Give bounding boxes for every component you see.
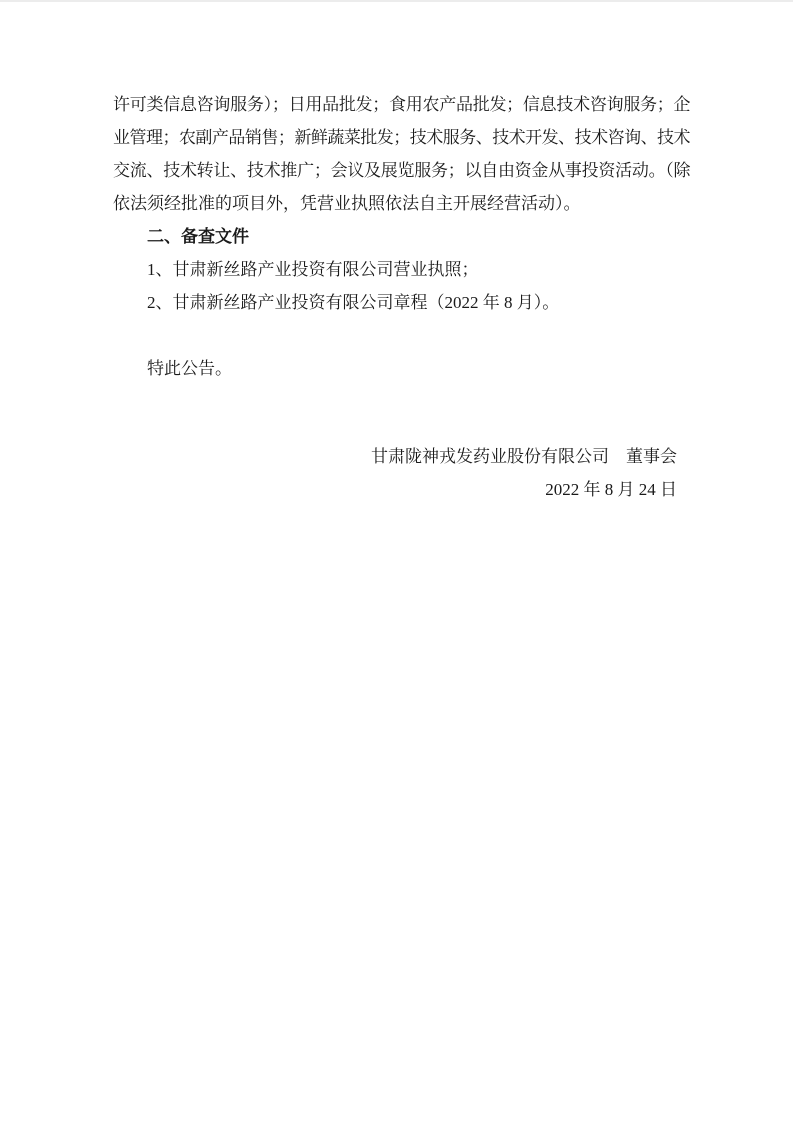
closing-statement: 特此公告。	[113, 352, 690, 385]
paragraph-line-1: 许可类信息咨询服务）；日用品批发；食用农产品批发；信息技术咨询服务；企	[113, 88, 690, 121]
paragraph-line-2: 业管理；农副产品销售；新鲜蔬菜批发；技术服务、技术开发、技术咨询、技术	[113, 121, 690, 154]
signature-block: 甘肃陇神戎发药业股份有限公司 董事会 2022 年 8 月 24 日	[113, 440, 690, 506]
paragraph-line-4: 依法须经批准的项目外，凭营业执照依法自主开展经营活动）。	[113, 187, 690, 220]
section-heading-reference-documents: 二、备查文件	[113, 220, 690, 253]
list-item-articles-of-association: 2、甘肃新丝路产业投资有限公司章程（2022 年 8 月）。	[113, 286, 690, 319]
list-item-business-license: 1、甘肃新丝路产业投资有限公司营业执照；	[113, 253, 690, 286]
document-page: 许可类信息咨询服务）；日用品批发；食用农产品批发；信息技术咨询服务；企 业管理；…	[0, 0, 793, 1122]
announcement-body: 许可类信息咨询服务）；日用品批发；食用农产品批发；信息技术咨询服务；企 业管理；…	[113, 88, 690, 506]
signature-date-line: 2022 年 8 月 24 日	[113, 473, 677, 506]
business-scope-paragraph: 许可类信息咨询服务）；日用品批发；食用农产品批发；信息技术咨询服务；企 业管理；…	[113, 88, 690, 220]
paragraph-line-3: 交流、技术转让、技术推广；会议及展览服务；以自由资金从事投资活动。（除	[113, 154, 690, 187]
signature-company-line: 甘肃陇神戎发药业股份有限公司 董事会	[113, 440, 677, 473]
